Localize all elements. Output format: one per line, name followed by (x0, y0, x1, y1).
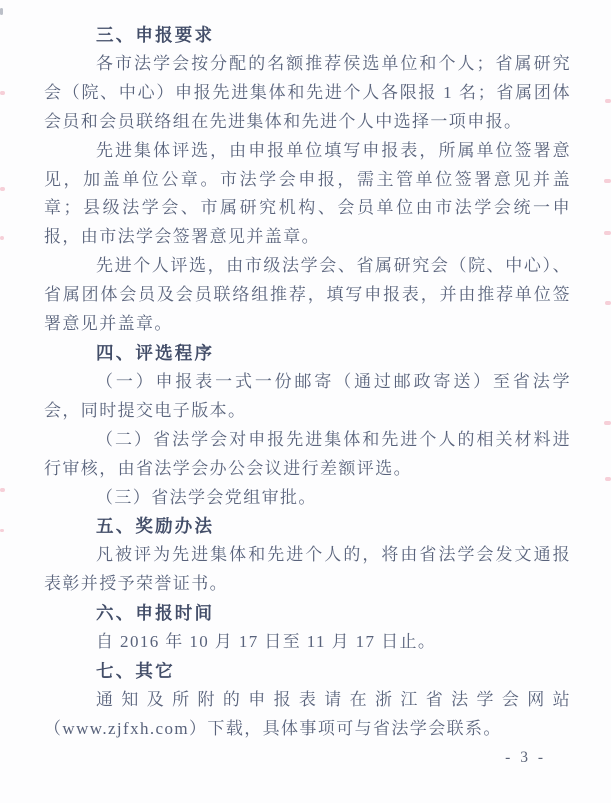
paragraph: 自 2016 年 10 月 17 日至 11 月 17 日止。 (44, 628, 571, 657)
scan-artifact-mark (604, 179, 611, 183)
scan-artifact-mark (0, 8, 3, 15)
scan-artifact-mark (605, 99, 611, 103)
section-selection-procedure: 四、评选程序 （一）申报表一式一份邮寄（通过邮政寄送）至省法学会，同时提交电子版… (44, 339, 571, 512)
paragraph: 凡被评为先进集体和先进个人的，将由省法学会发文通报表彰并授予荣誉证书。 (44, 541, 571, 599)
scanned-document-page: 三、申报要求 各市法学会按分配的名额推荐侯选单位和个人；省属研究会（院、中心）申… (0, 0, 611, 803)
paragraph: （一）申报表一式一份邮寄（通过邮政寄送）至省法学会，同时提交电子版本。 (44, 368, 571, 426)
paragraph: （二）省法学会对申报先进集体和先进个人的相关材料进行审核，由省法学会办公会议进行… (44, 426, 571, 484)
scan-artifact-mark (605, 477, 611, 481)
section-heading: 六、申报时间 (44, 599, 571, 628)
section-reward-measures: 五、奖励办法 凡被评为先进集体和先进个人的，将由省法学会发文通报表彰并授予荣誉证… (44, 512, 571, 599)
scan-artifact-mark (0, 91, 5, 95)
document-body: 三、申报要求 各市法学会按分配的名额推荐侯选单位和个人；省属研究会（院、中心）申… (44, 21, 571, 773)
scan-artifact-mark (0, 236, 4, 240)
scan-artifact-mark (604, 421, 611, 425)
section-heading: 七、其它 (44, 657, 571, 686)
section-other: 七、其它 通知及所附的申报表请在浙江省法学会网站（www.zjfxh.com）下… (44, 657, 571, 744)
page-number: - 3 - (44, 744, 571, 773)
section-heading: 四、评选程序 (44, 339, 571, 368)
section-heading: 五、奖励办法 (44, 512, 571, 541)
scan-artifact-mark (0, 529, 4, 532)
scan-artifact-mark (0, 488, 5, 492)
paragraph: 通知及所附的申报表请在浙江省法学会网站（www.zjfxh.com）下载，具体事… (44, 686, 571, 744)
scan-artifact-mark (0, 187, 5, 191)
section-application-requirements: 三、申报要求 各市法学会按分配的名额推荐侯选单位和个人；省属研究会（院、中心）申… (44, 21, 571, 339)
section-heading: 三、申报要求 (44, 21, 571, 50)
paragraph: 先进个人评选，由市级法学会、省属研究会（院、中心）、省属团体会员及会员联络组推荐… (44, 252, 571, 339)
scan-artifact-mark (605, 301, 611, 305)
section-application-time: 六、申报时间 自 2016 年 10 月 17 日至 11 月 17 日止。 (44, 599, 571, 657)
paragraph: 各市法学会按分配的名额推荐侯选单位和个人；省属研究会（院、中心）申报先进集体和先… (44, 50, 571, 137)
paragraph: （三）省法学会党组审批。 (44, 484, 571, 513)
scan-artifact-mark (604, 231, 611, 235)
paragraph: 先进集体评选，由申报单位填写申报表，所属单位签署意见，加盖单位公章。市法学会申报… (44, 137, 571, 253)
